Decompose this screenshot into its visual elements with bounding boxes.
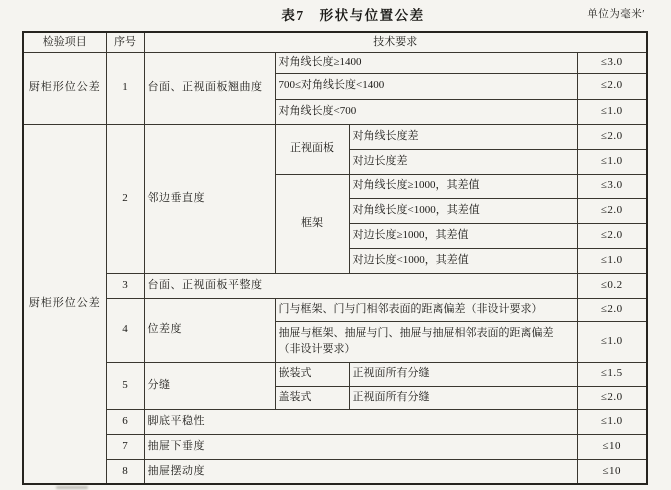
value-cell: ≤2.0: [577, 73, 647, 99]
table-row: 8 抽屉摆动度 ≤10: [23, 459, 647, 484]
value-cell: ≤2.0: [577, 198, 647, 223]
value-cell: ≤1.0: [577, 321, 647, 362]
table-row: 3 台面、正视面板平整度 ≤0.2: [23, 273, 647, 298]
table-row: 5 分缝 嵌装式 正视面所有分缝 ≤1.5: [23, 362, 647, 386]
value-cell: ≤0.2: [577, 273, 647, 298]
value-cell: ≤2.0: [577, 124, 647, 149]
value-cell: ≤2.0: [577, 223, 647, 248]
scan-artifact: [56, 486, 88, 489]
item-name-cell-1: 台面、正视面板翘曲度: [144, 52, 275, 124]
value-cell: ≤1.0: [577, 409, 647, 434]
condition-cell: 门与框架、门与门相邻表面的距离偏差（非设计要求）: [275, 298, 577, 321]
value-cell: ≤2.0: [577, 386, 647, 409]
item-name-cell-3: 台面、正视面板平整度: [144, 273, 577, 298]
value-cell: ≤1.5: [577, 362, 647, 386]
item-name-cell-7: 抽屉下垂度: [144, 434, 577, 459]
condition-cell: 正视面所有分缝: [349, 362, 577, 386]
serial-cell-1: 1: [106, 52, 144, 124]
header-cell-inspection-item: 检验项目: [23, 32, 106, 52]
serial-cell-4: 4: [106, 298, 144, 362]
condition-cell: 对角线长度<1000，其差值: [349, 198, 577, 223]
condition-cell: 对角线长度≥1000，其差值: [349, 174, 577, 198]
value-cell: ≤10: [577, 459, 647, 484]
unit-note: 单位为毫米′: [587, 6, 645, 21]
condition-cell: 对角线长度差: [349, 124, 577, 149]
serial-cell-6: 6: [106, 409, 144, 434]
condition-cell: 对边长度差: [349, 149, 577, 174]
serial-cell-5: 5: [106, 362, 144, 409]
part-cell-overlay: 盖装式: [275, 386, 349, 409]
table-row: 7 抽屉下垂度 ≤10: [23, 434, 647, 459]
table-row: 厨柜形位公差 2 邻边垂直度 正视面板 对角线长度差 ≤2.0: [23, 124, 647, 149]
header-cell-serial: 序号: [106, 32, 144, 52]
item-name-cell-8: 抽屉摆动度: [144, 459, 577, 484]
item-name-cell-2: 邻边垂直度: [144, 124, 275, 273]
group-label-cell-2: 厨柜形位公差: [23, 124, 106, 484]
serial-cell-2: 2: [106, 124, 144, 273]
value-cell: ≤1.0: [577, 149, 647, 174]
part-cell-frame: 框架: [275, 174, 349, 273]
serial-cell-8: 8: [106, 459, 144, 484]
condition-cell: 对边长度<1000，其差值: [349, 248, 577, 273]
condition-cell: 700≤对角线长度<1400: [275, 73, 577, 99]
condition-cell: 正视面所有分缝: [349, 386, 577, 409]
table-header-row: 检验项目 序号 技术要求: [23, 32, 647, 52]
item-name-cell-6: 脚底平稳性: [144, 409, 577, 434]
part-cell-inset: 嵌装式: [275, 362, 349, 386]
condition-cell: 对角线长度<700: [275, 99, 577, 124]
table-row: 6 脚底平稳性 ≤1.0: [23, 409, 647, 434]
condition-cell: 对边长度≥1000，其差值: [349, 223, 577, 248]
group-label-cell-1: 厨柜形位公差: [23, 52, 106, 124]
item-name-cell-4: 位差度: [144, 298, 275, 362]
table-row: 厨柜形位公差 1 台面、正视面板翘曲度 对角线长度≥1400 ≤3.0: [23, 52, 647, 73]
serial-cell-7: 7: [106, 434, 144, 459]
value-cell: ≤1.0: [577, 99, 647, 124]
part-cell-front-panel: 正视面板: [275, 124, 349, 174]
item-name-cell-5: 分缝: [144, 362, 275, 409]
header-cell-technical-req: 技术要求: [144, 32, 647, 52]
value-cell: ≤3.0: [577, 174, 647, 198]
condition-cell: 对角线长度≥1400: [275, 52, 577, 73]
value-cell: ≤2.0: [577, 298, 647, 321]
table-row: 4 位差度 门与框架、门与门相邻表面的距离偏差（非设计要求） ≤2.0: [23, 298, 647, 321]
value-cell: ≤3.0: [577, 52, 647, 73]
serial-cell-3: 3: [106, 273, 144, 298]
scanned-document-page: 表7 形状与位置公差 单位为毫米′ 检验项目 序号 技术要求 厨柜形位公差 1 …: [0, 0, 671, 490]
tolerance-table: 检验项目 序号 技术要求 厨柜形位公差 1 台面、正视面板翘曲度 对角线长度≥1…: [22, 31, 648, 485]
value-cell: ≤1.0: [577, 248, 647, 273]
condition-cell: 抽屉与框架、抽屉与门、抽屉与抽屉相邻表面的距离偏差（非设计要求）: [275, 321, 577, 362]
table-title: 表7 形状与位置公差: [22, 4, 646, 24]
value-cell: ≤10: [577, 434, 647, 459]
